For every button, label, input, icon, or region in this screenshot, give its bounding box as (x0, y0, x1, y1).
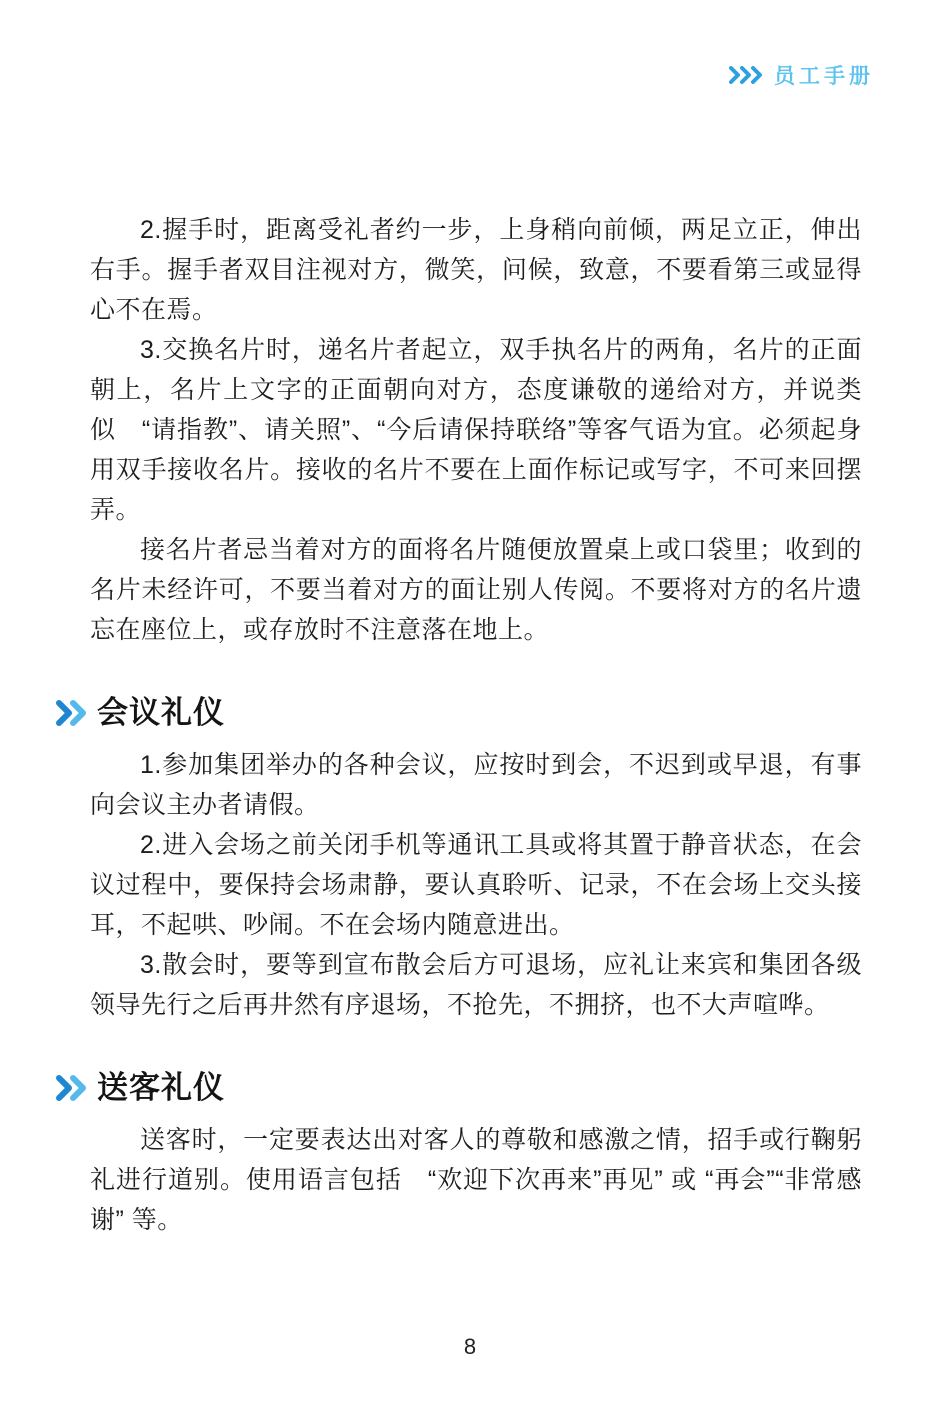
section-heading-seeing-off-etiquette: 送客礼仪 (56, 1069, 862, 1108)
page-footer: 8 (0, 1334, 940, 1360)
triple-chevron-icon (729, 66, 767, 84)
double-chevron-icon (56, 700, 88, 726)
paragraph-business-card-exchange: 3.交换名片时，递名片者起立，双手执名片的两角，名片的正面朝上，名片上文字的正面… (90, 330, 862, 530)
paragraph-meeting-dismissal: 3.散会时，要等到宣布散会后方可退场，应礼让来宾和集团各级领导先行之后再井然有序… (90, 945, 862, 1025)
double-chevron-icon (56, 1075, 88, 1101)
page-header: 员工手册 (729, 60, 874, 90)
paragraph-handshake: 2.握手时，距离受礼者约一步，上身稍向前倾，两足立正，伸出右手。握手者双目注视对… (90, 210, 862, 330)
handbook-page: 员工手册 2.握手时，距离受礼者约一步，上身稍向前倾，两足立正，伸出右手。握手者… (0, 0, 940, 1408)
section-heading-meeting-etiquette: 会议礼仪 (56, 694, 862, 733)
paragraph-meeting-conduct: 2.进入会场之前关闭手机等通讯工具或将其置于静音状态，在会议过程中，要保持会场肃… (90, 825, 862, 945)
page-content: 2.握手时，距离受礼者约一步，上身稍向前倾，两足立正，伸出右手。握手者双目注视对… (90, 210, 862, 1240)
section-title: 送客礼仪 (97, 1069, 225, 1108)
section-title: 会议礼仪 (97, 694, 225, 733)
handbook-title: 员工手册 (774, 60, 874, 90)
page-number: 8 (464, 1334, 476, 1359)
paragraph-seeing-off-guests: 送客时，一定要表达出对客人的尊敬和感激之情，招手或行鞠躬礼进行道别。使用语言包括… (90, 1120, 862, 1240)
paragraph-business-card-handling: 接名片者忌当着对方的面将名片随便放置桌上或口袋里；收到的名片未经许可，不要当着对… (90, 530, 862, 650)
paragraph-meeting-attendance: 1.参加集团举办的各种会议，应按时到会，不迟到或早退，有事向会议主办者请假。 (90, 745, 862, 825)
